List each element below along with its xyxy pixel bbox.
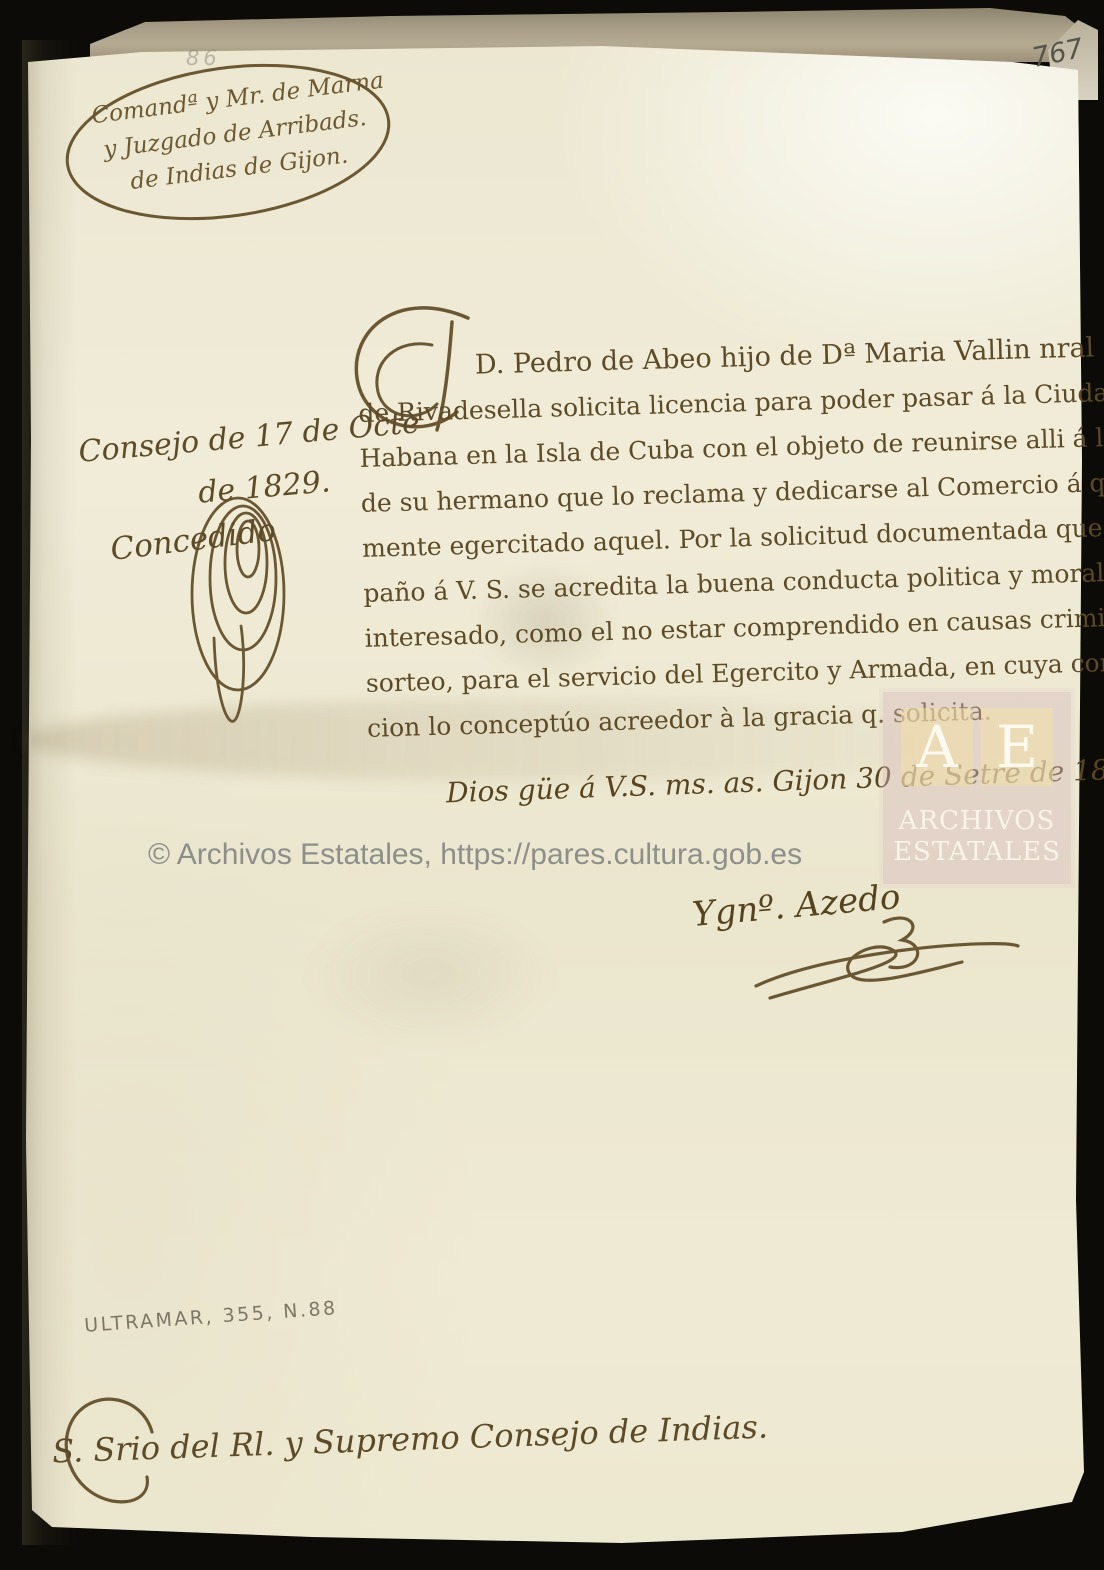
- watermark-tile-a: A: [901, 708, 973, 786]
- faint-smudge: [300, 900, 560, 1050]
- watermark-words: ARCHIVOS ESTATALES: [883, 806, 1071, 868]
- watermark-word-archivos: ARCHIVOS: [883, 806, 1071, 837]
- watermark-tile-e: E: [981, 708, 1053, 786]
- copyright-notice: © Archivos Estatales, https://pares.cult…: [148, 838, 802, 872]
- faint-pencil-number: 86: [186, 46, 221, 70]
- watermark-initials: A E: [883, 708, 1071, 786]
- archive-watermark: A E ARCHIVOS ESTATALES: [883, 692, 1071, 884]
- scanned-document-page: Comandª y Mr. de Marna y Juzgado de Arri…: [0, 0, 1104, 1570]
- watermark-word-estatales: ESTATALES: [883, 837, 1071, 868]
- binding-shadow: [22, 40, 92, 1545]
- letter-body: D. Pedro de Abeo hijo de Dª Maria Vallin…: [356, 326, 1077, 751]
